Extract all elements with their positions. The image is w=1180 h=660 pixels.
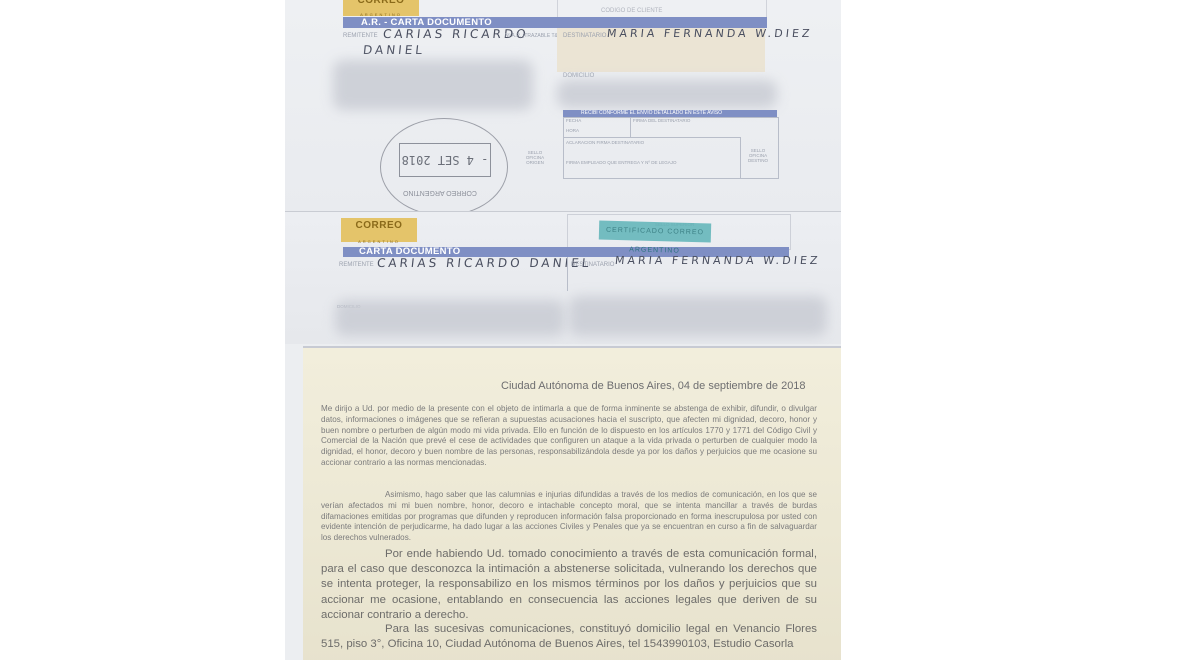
redacted-recipient-address — [569, 296, 827, 336]
recipient-handwritten: MARIA FERNANDA W.DIEZ — [606, 27, 813, 40]
certification-stamp: CERTIFICADO CORREO ARGENTINO — [599, 221, 711, 243]
postmark-date: - 4 SET 2018 — [399, 143, 491, 177]
sender-handwritten-line2: DANIEL — [362, 43, 426, 57]
postmark-brand: CORREO ARGENTINO — [403, 189, 477, 196]
correo-argentino-logo: CORREO ARGENTINO — [343, 0, 419, 16]
ar-number-label: Nº A.R. (Trazable T&T) — [505, 33, 563, 39]
recipient-box — [567, 257, 568, 291]
receipt-band: RECIBI CONFORME EL ENVIO DETALLADO EN ES… — [563, 110, 777, 117]
clarification-label: ACLARACION FIRMA DESTINATARIO — [566, 140, 644, 145]
correo-argentino-logo: CORREO ARGENTINO — [341, 218, 417, 242]
sender-label: REMITENTE — [343, 33, 378, 39]
date-label: FECHA — [566, 118, 581, 123]
redacted-sender-address — [333, 60, 533, 110]
signature-label: FIRMA DEL DESTINATARIO — [633, 118, 690, 123]
origin-seal-label: SELLO OFICINA ORIGEN — [523, 150, 547, 165]
letter-paragraph-2: Asimismo, hago saber que las calumnias e… — [321, 490, 817, 544]
letter-paragraph-4: Para las sucesivas comunicaciones, const… — [321, 622, 817, 652]
redacted-sender-address — [335, 300, 565, 336]
document-photo: CORREO ARGENTINO CODIGO DE CLIENTE A.R. … — [285, 0, 841, 660]
letter-paragraph-3: Por ende habiendo Ud. tomado conocimient… — [321, 547, 817, 623]
letter-sheet: Ciudad Autónoma de Buenos Aires, 04 de s… — [303, 346, 841, 660]
address-label: DOMICILIO — [563, 73, 594, 79]
ar-carta-documento-form: CORREO ARGENTINO CODIGO DE CLIENTE A.R. … — [285, 0, 841, 212]
carta-documento-form: CORREO ARGENTINO SELLO SUPERIOR CARTA DO… — [285, 212, 841, 344]
sender-label: REMITENTE — [339, 262, 374, 268]
dest-seal-label: SELLO OFICINA DESTINO — [741, 148, 775, 163]
postmark-stamp: - 4 SET 2018 CORREO ARGENTINO — [380, 118, 508, 216]
recipient-label: DESTINATARIO — [563, 33, 606, 39]
letter-place-date: Ciudad Autónoma de Buenos Aires, 04 de s… — [501, 380, 806, 392]
employee-label: FIRMA EMPLEADO QUE ENTREGA Y Nº DE LEGAJ… — [566, 160, 677, 165]
sender-handwritten: CARIAS RICARDO DANIEL — [376, 256, 592, 270]
letter-paragraph-1: Me dirijo a Ud. por medio de la presente… — [321, 404, 817, 469]
time-label: HORA — [566, 128, 579, 133]
redacted-recipient-address — [557, 80, 777, 108]
recipient-label: DESTINATARIO — [571, 262, 614, 268]
